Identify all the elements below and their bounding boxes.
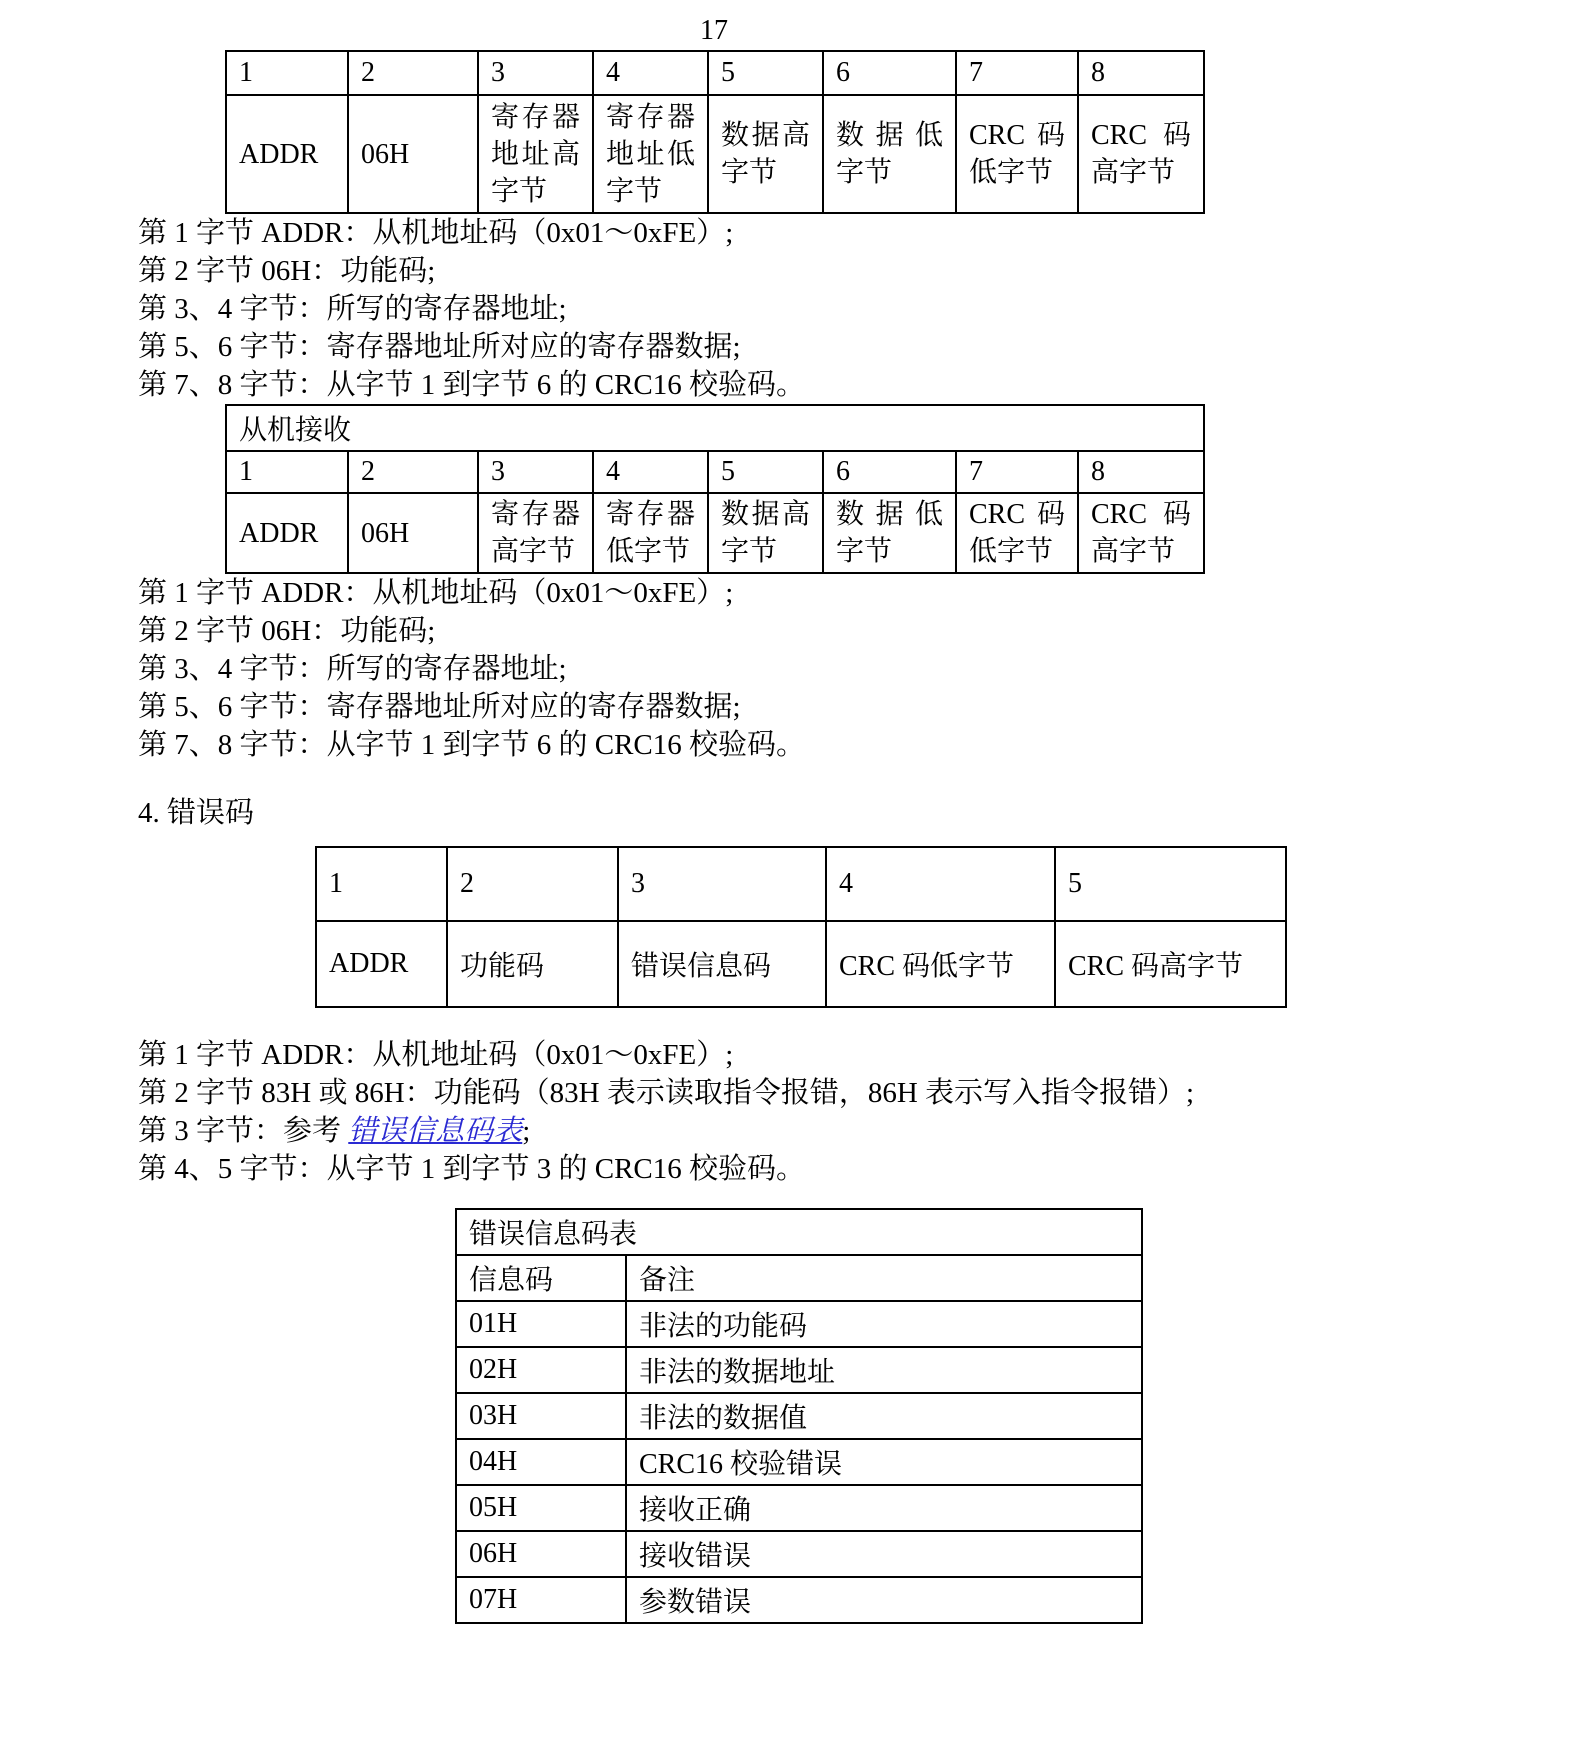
slave-receive-frame-table: 从机接收 1 2 3 4 5 6 7 8 ADDR 06H 寄存器高字节 寄存器…	[225, 404, 1205, 574]
table-cell: 数据低字节	[823, 95, 956, 213]
table-title-row: 从机接收	[226, 405, 1204, 451]
table-cell: 非法的功能码	[626, 1301, 1142, 1347]
table-header-cell: 1	[316, 847, 447, 921]
table-title-cell: 从机接收	[226, 405, 1204, 451]
table-header-cell: 4	[593, 451, 708, 493]
table-cell: 接收正确	[626, 1485, 1142, 1531]
error-frame-table: 1 2 3 4 5 ADDR 功能码 错误信息码 CRC 码低字节 CRC 码高…	[315, 846, 1287, 1008]
table-header-cell: 1	[226, 51, 348, 95]
table-header-cell: 2	[447, 847, 618, 921]
table-row: 02H 非法的数据地址	[456, 1347, 1142, 1393]
table-cell: 参数错误	[626, 1577, 1142, 1623]
table-header-cell: 8	[1078, 451, 1204, 493]
table-header-cell: 6	[823, 451, 956, 493]
table-cell: 功能码	[447, 921, 618, 1007]
note-line: 第 1 字节 ADDR：从机地址码（0x01～0xFE）;	[138, 1036, 1587, 1074]
page-number: 17	[225, 0, 1203, 50]
note-line: 第 1 字节 ADDR：从机地址码（0x01～0xFE）;	[138, 214, 1587, 252]
table-header-cell: 3	[478, 451, 593, 493]
table-cell: CRC 码低字节	[956, 493, 1078, 573]
note-line: 第 7、8 字节：从字节 1 到字节 6 的 CRC16 校验码。	[138, 726, 1587, 764]
table-data-row: ADDR 06H 寄存器地址高字节 寄存器地址低字节 数据高字节 数据低字节 C…	[226, 95, 1204, 213]
write-register-frame-table: 1 2 3 4 5 6 7 8 ADDR 06H 寄存器地址高字节 寄存器地址低…	[225, 50, 1205, 214]
table-cell: 06H	[348, 493, 478, 573]
table-cell: 01H	[456, 1301, 626, 1347]
table-cell: 数据低字节	[823, 493, 956, 573]
table-row: 07H 参数错误	[456, 1577, 1142, 1623]
table-cell: 非法的数据值	[626, 1393, 1142, 1439]
table-cell: 数据高字节	[708, 95, 823, 213]
table-cell: 02H	[456, 1347, 626, 1393]
table-header-cell: 2	[348, 451, 478, 493]
table-cell: CRC16 校验错误	[626, 1439, 1142, 1485]
table-row: 05H 接收正确	[456, 1485, 1142, 1531]
table-cell: 04H	[456, 1439, 626, 1485]
table-cell: 接收错误	[626, 1531, 1142, 1577]
note-line: 第 3、4 字节：所写的寄存器地址;	[138, 650, 1587, 688]
table-cell: 寄存器地址高字节	[478, 95, 593, 213]
note-line: 第 2 字节 06H：功能码;	[138, 252, 1587, 290]
section-heading-error-code: 4. 错误码	[138, 794, 1587, 832]
table-header-row: 1 2 3 4 5 6 7 8	[226, 451, 1204, 493]
note-line: 第 2 字节 06H：功能码;	[138, 612, 1587, 650]
note-line: 第 2 字节 83H 或 86H：功能码（83H 表示读取指令报错，86H 表示…	[138, 1074, 1587, 1112]
table-cell: 寄存器地址低字节	[593, 95, 708, 213]
table-header-cell: 2	[348, 51, 478, 95]
table-cell: CRC 码高字节	[1078, 95, 1204, 213]
note-line-with-link: 第 3 字节：参考 错误信息码表;	[138, 1112, 1587, 1150]
note-line: 第 5、6 字节：寄存器地址所对应的寄存器数据;	[138, 328, 1587, 366]
note-line: 第 4、5 字节：从字节 1 到字节 3 的 CRC16 校验码。	[138, 1150, 1587, 1188]
table-cell: 03H	[456, 1393, 626, 1439]
table-header-cell: 4	[826, 847, 1055, 921]
document-page: 17 1 2 3 4 5 6 7 8 ADDR 06H 寄存器地址高字节 寄存器…	[0, 0, 1587, 1749]
table-header-cell: 7	[956, 51, 1078, 95]
table-header-cell: 5	[708, 51, 823, 95]
table-cell: ADDR	[226, 493, 348, 573]
byte-notes-block-2: 第 1 字节 ADDR：从机地址码（0x01～0xFE）; 第 2 字节 06H…	[138, 574, 1587, 764]
table-row: 06H 接收错误	[456, 1531, 1142, 1577]
table-cell: ADDR	[226, 95, 348, 213]
table-cell: CRC 码低字节	[956, 95, 1078, 213]
table-title-row: 错误信息码表	[456, 1209, 1142, 1255]
note-line: 第 7、8 字节：从字节 1 到字节 6 的 CRC16 校验码。	[138, 366, 1587, 404]
table-data-row: ADDR 06H 寄存器高字节 寄存器低字节 数据高字节 数据低字节 CRC 码…	[226, 493, 1204, 573]
table-cell: CRC 码高字节	[1055, 921, 1286, 1007]
table-header-cell: 1	[226, 451, 348, 493]
table-header-cell: 8	[1078, 51, 1204, 95]
table-title-cell: 错误信息码表	[456, 1209, 1142, 1255]
table-row: 03H 非法的数据值	[456, 1393, 1142, 1439]
table-cell: 寄存器低字节	[593, 493, 708, 573]
table-header-row: 信息码 备注	[456, 1255, 1142, 1301]
table-row: 04H CRC16 校验错误	[456, 1439, 1142, 1485]
table-cell: 06H	[456, 1531, 626, 1577]
table-cell: CRC 码低字节	[826, 921, 1055, 1007]
error-info-code-table: 错误信息码表 信息码 备注 01H 非法的功能码 02H 非法的数据地址 03H…	[455, 1208, 1143, 1624]
table-header-cell: 信息码	[456, 1255, 626, 1301]
table-header-cell: 6	[823, 51, 956, 95]
table-header-cell: 3	[478, 51, 593, 95]
table-cell: 错误信息码	[618, 921, 826, 1007]
table-header-cell: 5	[708, 451, 823, 493]
table-header-cell: 5	[1055, 847, 1286, 921]
table-header-row: 1 2 3 4 5	[316, 847, 1286, 921]
table-cell: 07H	[456, 1577, 626, 1623]
error-code-table-link[interactable]: 错误信息码表	[348, 1115, 522, 1147]
table-header-cell: 3	[618, 847, 826, 921]
table-data-row: ADDR 功能码 错误信息码 CRC 码低字节 CRC 码高字节	[316, 921, 1286, 1007]
note-line: 第 3、4 字节：所写的寄存器地址;	[138, 290, 1587, 328]
note-line: 第 5、6 字节：寄存器地址所对应的寄存器数据;	[138, 688, 1587, 726]
table-header-cell: 4	[593, 51, 708, 95]
byte-notes-block-1: 第 1 字节 ADDR：从机地址码（0x01～0xFE）; 第 2 字节 06H…	[138, 214, 1587, 404]
note-text: 第 3 字节：参考	[138, 1115, 348, 1147]
table-header-cell: 备注	[626, 1255, 1142, 1301]
table-cell: 05H	[456, 1485, 626, 1531]
table-cell: 非法的数据地址	[626, 1347, 1142, 1393]
note-line: 第 1 字节 ADDR：从机地址码（0x01～0xFE）;	[138, 574, 1587, 612]
table-header-cell: 7	[956, 451, 1078, 493]
note-text: ;	[522, 1115, 530, 1147]
table-cell: 06H	[348, 95, 478, 213]
table-cell: CRC 码高字节	[1078, 493, 1204, 573]
table-header-row: 1 2 3 4 5 6 7 8	[226, 51, 1204, 95]
table-cell: ADDR	[316, 921, 447, 1007]
table-cell: 寄存器高字节	[478, 493, 593, 573]
byte-notes-block-3: 第 1 字节 ADDR：从机地址码（0x01～0xFE）; 第 2 字节 83H…	[138, 1036, 1587, 1188]
table-row: 01H 非法的功能码	[456, 1301, 1142, 1347]
table-cell: 数据高字节	[708, 493, 823, 573]
